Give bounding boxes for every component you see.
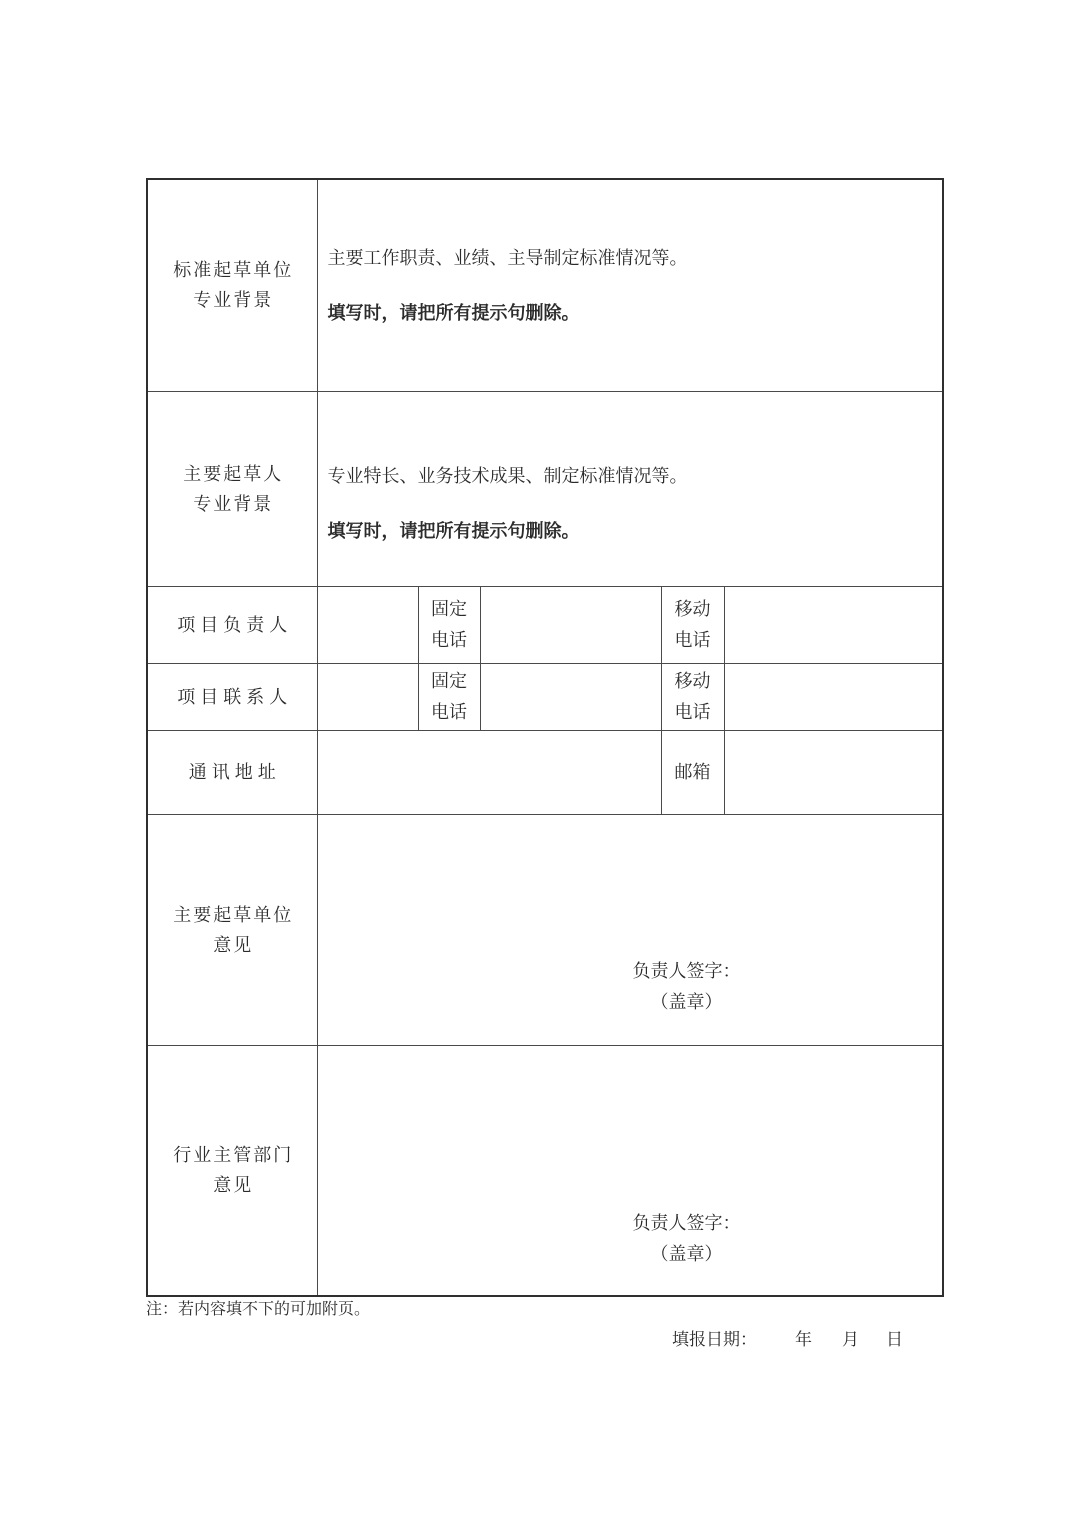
drafter-background-warning: 填写时，请把所有提示句删除。 <box>328 520 943 542</box>
unit-opinion-label-line2: 意见 <box>150 930 317 960</box>
drafter-background-label-line2: 专业背景 <box>150 489 317 519</box>
application-form-table: 标准起草单位 专业背景 主要工作职责、业绩、主导制定标准情况等。 填写时，请把所… <box>146 178 944 1297</box>
landline-label-line1: 固定 <box>419 666 480 697</box>
project-contact-label: 项目联系人 <box>147 663 317 730</box>
row-drafter-background: 主要起草人 专业背景 专业特长、业务技术成果、制定标准情况等。 填写时，请把所有… <box>147 391 943 586</box>
project-leader-label: 项目负责人 <box>147 586 317 663</box>
unit-opinion-signature-label: 负责人签字： <box>629 956 745 987</box>
email-label: 邮箱 <box>661 730 724 814</box>
project-contact-mobile-field[interactable] <box>724 663 943 730</box>
unit-background-hint: 主要工作职责、业绩、主导制定标准情况等。 <box>328 247 943 269</box>
appendix-note: 注：若内容填不下的可加附页。 <box>146 1300 370 1320</box>
mobile-label-line1: 移动 <box>662 594 724 625</box>
mobile-label-line2: 电话 <box>662 697 724 728</box>
authority-opinion-label-line2: 意见 <box>150 1170 317 1200</box>
address-label: 通讯地址 <box>147 730 317 814</box>
year-label: 年 <box>795 1330 812 1349</box>
row-unit-background: 标准起草单位 专业背景 主要工作职责、业绩、主导制定标准情况等。 填写时，请把所… <box>147 179 943 391</box>
row-project-leader: 项目负责人 固定 电话 移动 电话 <box>147 586 943 663</box>
project-leader-landline-label: 固定 电话 <box>418 586 480 663</box>
row-unit-opinion: 主要起草单位 意见 负责人签字： （盖章） <box>147 814 943 1045</box>
form-page: 标准起草单位 专业背景 主要工作职责、业绩、主导制定标准情况等。 填写时，请把所… <box>0 0 1080 1527</box>
day-label: 日 <box>886 1330 903 1349</box>
mobile-label-line1: 移动 <box>662 666 724 697</box>
row-authority-opinion: 行业主管部门 意见 负责人签字： （盖章） <box>147 1045 943 1296</box>
unit-background-label: 标准起草单位 专业背景 <box>147 179 317 391</box>
row-address: 通讯地址 邮箱 <box>147 730 943 814</box>
landline-label-line1: 固定 <box>419 594 480 625</box>
unit-background-field[interactable]: 主要工作职责、业绩、主导制定标准情况等。 填写时，请把所有提示句删除。 <box>317 179 943 391</box>
project-leader-mobile-field[interactable] <box>724 586 943 663</box>
filing-date-label: 填报日期： <box>672 1330 757 1349</box>
unit-opinion-seal-label: （盖章） <box>629 987 745 1018</box>
unit-opinion-field[interactable]: 负责人签字： （盖章） <box>317 814 943 1045</box>
landline-label-line2: 电话 <box>419 625 480 656</box>
project-contact-landline-field[interactable] <box>480 663 661 730</box>
month-label: 月 <box>842 1330 859 1349</box>
drafter-background-label-line1: 主要起草人 <box>150 459 317 489</box>
row-project-contact: 项目联系人 固定 电话 移动 电话 <box>147 663 943 730</box>
authority-opinion-field[interactable]: 负责人签字： （盖章） <box>317 1045 943 1296</box>
address-field[interactable] <box>317 730 661 814</box>
unit-background-warning: 填写时，请把所有提示句删除。 <box>328 302 943 324</box>
drafter-background-label: 主要起草人 专业背景 <box>147 391 317 586</box>
project-leader-name-field[interactable] <box>317 586 418 663</box>
email-field[interactable] <box>724 730 943 814</box>
unit-background-label-line1: 标准起草单位 <box>150 255 317 285</box>
unit-background-label-line2: 专业背景 <box>150 285 317 315</box>
filing-date-line: 填报日期：年月日 <box>672 1329 903 1351</box>
authority-opinion-seal-label: （盖章） <box>629 1239 745 1270</box>
project-leader-landline-field[interactable] <box>480 586 661 663</box>
unit-opinion-label: 主要起草单位 意见 <box>147 814 317 1045</box>
drafter-background-field[interactable]: 专业特长、业务技术成果、制定标准情况等。 填写时，请把所有提示句删除。 <box>317 391 943 586</box>
unit-opinion-label-line1: 主要起草单位 <box>150 900 317 930</box>
authority-opinion-label: 行业主管部门 意见 <box>147 1045 317 1296</box>
project-contact-name-field[interactable] <box>317 663 418 730</box>
landline-label-line2: 电话 <box>419 697 480 728</box>
authority-opinion-label-line1: 行业主管部门 <box>150 1140 317 1170</box>
project-contact-mobile-label: 移动 电话 <box>661 663 724 730</box>
project-contact-landline-label: 固定 电话 <box>418 663 480 730</box>
authority-opinion-signature-label: 负责人签字： <box>629 1208 745 1239</box>
drafter-background-hint: 专业特长、业务技术成果、制定标准情况等。 <box>328 465 943 487</box>
project-leader-mobile-label: 移动 电话 <box>661 586 724 663</box>
mobile-label-line2: 电话 <box>662 625 724 656</box>
